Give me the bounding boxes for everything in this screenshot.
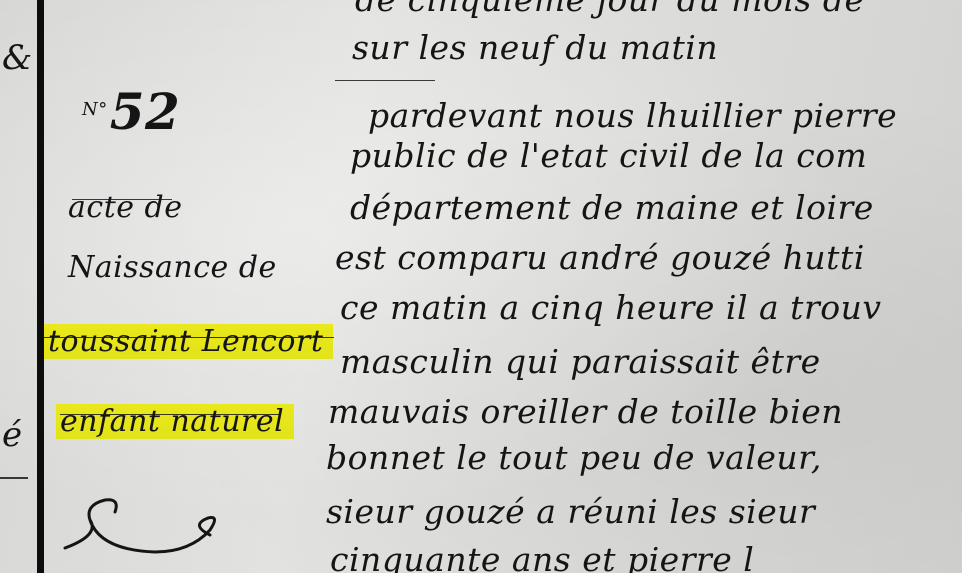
highlighted-status: enfant naturel (56, 404, 294, 439)
highlighted-child-name: toussaint Lencort (44, 324, 333, 359)
body-line-9: mauvais oreiller de toille bien (328, 392, 843, 431)
body-line-4: public de l'etat civil de la com (350, 136, 867, 175)
body-line-8: masculin qui paraissait être (340, 342, 821, 381)
act-number: N°52 (82, 82, 180, 141)
margin-line-child-name: toussaint Lencort (44, 324, 333, 359)
body-line-3: pardevant nous lhuillier pierre (368, 96, 897, 135)
adjacent-column-fragment: é (2, 415, 23, 455)
adjacent-column-rule (0, 477, 28, 479)
act-number-prefix: N° (82, 99, 108, 120)
act-number-value: 52 (110, 82, 181, 141)
margin-rule-stroke (44, 337, 334, 338)
margin-rule-stroke (72, 199, 172, 200)
body-rule (335, 80, 435, 81)
body-line-6: est comparu andré gouzé hutti (335, 238, 865, 277)
adjacent-column-fragment: & (2, 38, 33, 78)
margin-rule-stroke (60, 414, 280, 415)
body-line-1: de cinquième jour du mois de (355, 0, 864, 19)
body-line-5: département de maine et loire (350, 188, 874, 227)
margin-rule (37, 0, 44, 573)
body-line-10: bonnet le tout peu de valeur, (326, 438, 822, 477)
body-line-11: sieur gouzé a réuni les sieur (326, 492, 815, 531)
margin-line-acte-de: acte de (68, 190, 183, 225)
body-line-12: cinquante ans et pierre l (330, 540, 754, 573)
body-line-2: sur les neuf du matin (352, 28, 718, 67)
margin-line-status: enfant naturel (56, 404, 294, 439)
paraph-flourish-icon (60, 490, 230, 560)
document-scan: & é N°52 acte de Naissance de toussaint … (0, 0, 962, 573)
margin-line-naissance-de: Naissance de (68, 250, 277, 285)
body-line-7: ce matin a cinq heure il a trouv (340, 288, 882, 327)
